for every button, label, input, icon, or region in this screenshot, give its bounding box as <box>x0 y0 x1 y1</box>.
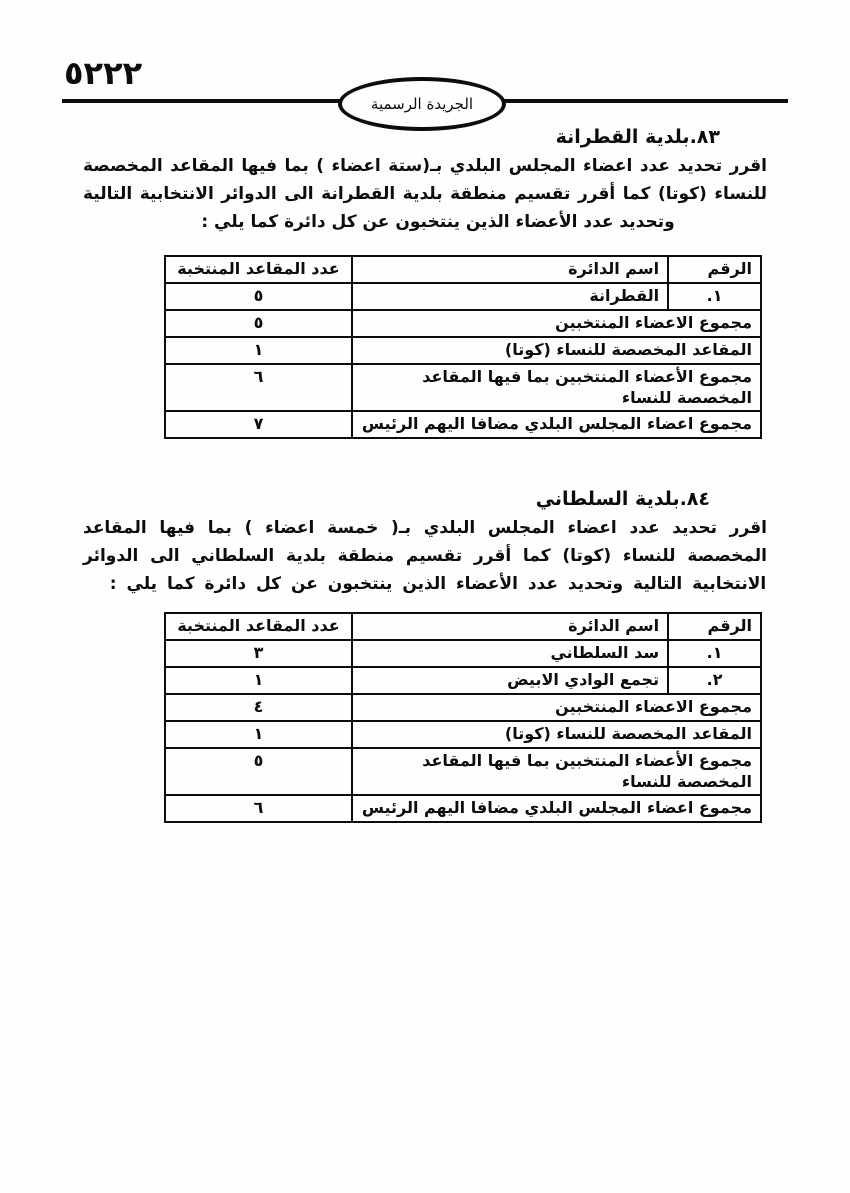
summary-row: مجموع الأعضاء المنتخبين بما فيها المقاعد… <box>165 364 761 411</box>
summary-row: المقاعد المخصصة للنساء (كوتا)١ <box>165 721 761 748</box>
paragraph-line: اقرر تحديد عدد اعضاء المجلس البلدي بـ(ست… <box>83 152 767 180</box>
header-number: الرقم <box>668 613 761 640</box>
header-elected-seats: عدد المقاعد المنتخبة <box>165 256 352 283</box>
paragraph-line: للنساء (كوتا) كما أقرر تقسيم منطقة بلدية… <box>83 180 767 208</box>
summary-label: مجموع الأعضاء المنتخبين بما فيها المقاعد… <box>352 748 761 795</box>
summary-row: مجموع الاعضاء المنتخبين٥ <box>165 310 761 337</box>
district-number: ٢. <box>668 667 761 694</box>
paragraph-line: الانتخابية التالية وتحديد عدد الأعضاء ال… <box>83 570 767 598</box>
district-row: ١.القطرانة٥ <box>165 283 761 310</box>
district-name: القطرانة <box>352 283 668 310</box>
municipality-section-84: ٨٤.بلدية السلطاني اقرر تحديد عدد اعضاء ا… <box>83 486 767 816</box>
paragraph-line: وتحديد عدد الأعضاء الذين ينتخبون عن كل د… <box>83 208 767 236</box>
district-row: ٢.تجمع الوادي الابيض١ <box>165 667 761 694</box>
summary-value: ١ <box>165 721 352 748</box>
paragraph-line: اقرر تحديد عدد اعضاء المجلس البلدي بـ( خ… <box>83 514 767 542</box>
district-name: سد السلطاني <box>352 640 668 667</box>
summary-label: المقاعد المخصصة للنساء (كوتا) <box>352 337 761 364</box>
header-elected-seats: عدد المقاعد المنتخبة <box>165 613 352 640</box>
district-seats: ٥ <box>165 283 352 310</box>
gazette-title-badge: الجريدة الرسمية <box>338 77 506 131</box>
header-district-name: اسم الدائرة <box>352 256 668 283</box>
header-district-name: اسم الدائرة <box>352 613 668 640</box>
summary-value: ٥ <box>165 748 352 795</box>
summary-value: ٧ <box>165 411 352 438</box>
district-number: ١. <box>668 283 761 310</box>
section-heading: ٨٤.بلدية السلطاني <box>536 486 710 512</box>
summary-row: مجموع الاعضاء المنتخبين٤ <box>165 694 761 721</box>
section-heading: ٨٣.بلدية القطرانة <box>556 124 720 150</box>
summary-label: مجموع اعضاء المجلس البلدي مضافا اليهم ال… <box>352 795 761 822</box>
summary-label: مجموع الاعضاء المنتخبين <box>352 694 761 721</box>
district-seats: ٣ <box>165 640 352 667</box>
summary-value: ٦ <box>165 795 352 822</box>
districts-table: الرقماسم الدائرةعدد المقاعد المنتخبة١.ال… <box>164 255 762 439</box>
summary-label: المقاعد المخصصة للنساء (كوتا) <box>352 721 761 748</box>
page-number: ٥٢٢٢ <box>64 54 142 92</box>
summary-value: ٤ <box>165 694 352 721</box>
gazette-title: الجريدة الرسمية <box>371 95 473 113</box>
district-name: تجمع الوادي الابيض <box>352 667 668 694</box>
municipality-section-83: ٨٣.بلدية القطرانة اقرر تحديد عدد اعضاء ا… <box>83 124 767 434</box>
district-row: ١.سد السلطاني٣ <box>165 640 761 667</box>
summary-row: مجموع اعضاء المجلس البلدي مضافا اليهم ال… <box>165 795 761 822</box>
summary-row: مجموع الأعضاء المنتخبين بما فيها المقاعد… <box>165 748 761 795</box>
summary-value: ٥ <box>165 310 352 337</box>
summary-value: ١ <box>165 337 352 364</box>
summary-row: مجموع اعضاء المجلس البلدي مضافا اليهم ال… <box>165 411 761 438</box>
gazette-page: ٥٢٢٢ الجريدة الرسمية ٨٣.بلدية القطرانة ا… <box>0 0 850 1193</box>
table-header-row: الرقماسم الدائرةعدد المقاعد المنتخبة <box>165 256 761 283</box>
section-paragraph: اقرر تحديد عدد اعضاء المجلس البلدي بـ( خ… <box>83 514 767 598</box>
header-number: الرقم <box>668 256 761 283</box>
districts-table: الرقماسم الدائرةعدد المقاعد المنتخبة١.سد… <box>164 612 762 823</box>
district-seats: ١ <box>165 667 352 694</box>
summary-value: ٦ <box>165 364 352 411</box>
summary-label: مجموع اعضاء المجلس البلدي مضافا اليهم ال… <box>352 411 761 438</box>
section-paragraph: اقرر تحديد عدد اعضاء المجلس البلدي بـ(ست… <box>83 152 767 236</box>
summary-row: المقاعد المخصصة للنساء (كوتا)١ <box>165 337 761 364</box>
district-number: ١. <box>668 640 761 667</box>
table-header-row: الرقماسم الدائرةعدد المقاعد المنتخبة <box>165 613 761 640</box>
paragraph-line: المخصصة للنساء (كوتا) كما أقرر تقسيم منط… <box>83 542 767 570</box>
summary-label: مجموع الأعضاء المنتخبين بما فيها المقاعد… <box>352 364 761 411</box>
summary-label: مجموع الاعضاء المنتخبين <box>352 310 761 337</box>
